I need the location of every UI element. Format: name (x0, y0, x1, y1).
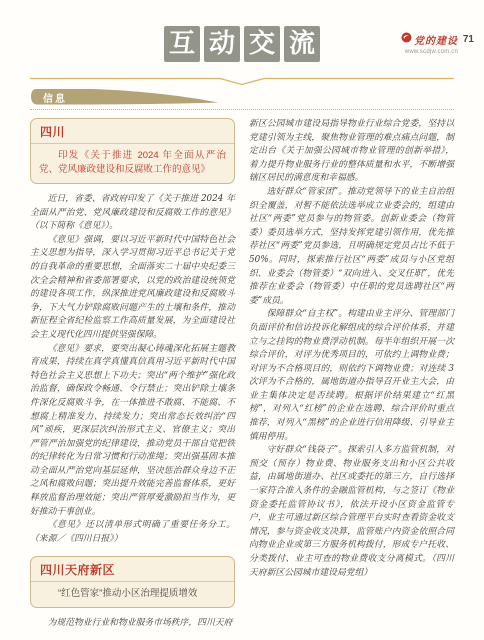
article-paragraph: 近日，省委、省政府印发了《关于推进 2024 年全面从严治党、党风廉政建设和反腐… (30, 193, 235, 234)
brand-url: www.scdjw.com.cn (401, 49, 458, 55)
section-headline: “红色管家”推动小区治理提质增效 (31, 582, 234, 607)
article-paragraph: 保障群众“自主权”。构建由业主评分、管理部门负面评价和信访投诉化解组成的综合评价… (249, 308, 454, 444)
tab-info: 信息 (30, 88, 220, 105)
header-divider (30, 76, 454, 86)
brand-name: 党的建设 (414, 32, 458, 47)
article-paragraph: 守好群众“钱袋子”。探索引入多方监管机制，对预交（预存）物业费、物业服务支出和小… (249, 444, 454, 580)
right-column: 新区公园城市建设局指导物业行业综合党委，坚持以党建引领为主线，聚焦物业管理的难点… (249, 118, 454, 631)
magazine-page: 互 动 交 流 党的建设 www.scdjw.com.cn 71 信息 (0, 0, 484, 640)
brand: 党的建设 www.scdjw.com.cn (401, 30, 458, 55)
dotted-divider (30, 109, 454, 110)
page-number: 71 (463, 34, 474, 45)
title-char-block: 动 (204, 26, 240, 62)
article-paragraph: 为规范物业行业和物业服务市场秩序，四川天府 (30, 617, 235, 631)
section-region-heading: 四川天府新区 (31, 557, 234, 582)
article-paragraph: 选好群众“管家团”。推动党领导下的业主自治组织全覆盖，对暂不能依法选举成立业委会… (249, 186, 454, 308)
tab-label: 信息 (43, 90, 67, 105)
article-paragraph: 《意见》强调，要以习近平新时代中国特色社会主义思想为指导，深入学习贯彻习近平总书… (30, 234, 235, 343)
article-paragraph: 《意见》要求，要突出凝心铸魂深化拓展主题教育成果，持续在真学真懂真信真用习近平新… (30, 343, 235, 520)
left-column: 四川 印发《关于推进 2024 年全面从严治党、党风廉政建设和反腐败工作的意见》… (30, 118, 235, 631)
section-region-heading: 四川 (31, 119, 234, 144)
article-paragraph: 《意见》还以清单形式明确了重要任务分工。（来源／《四川日报》） (30, 519, 235, 546)
article-columns: 四川 印发《关于推进 2024 年全面从严治党、党风廉政建设和反腐败工作的意见》… (30, 118, 454, 631)
section-headline: 印发《关于推进 2024 年全面从严治党、党风廉政建设和反腐败工作的意见》 (31, 144, 234, 183)
section-sichuan: 四川 印发《关于推进 2024 年全面从严治党、党风廉政建设和反腐败工作的意见》 (30, 118, 235, 184)
masthead: 互 动 交 流 党的建设 www.scdjw.com.cn 71 (0, 0, 484, 70)
tab-row: 信息 (30, 88, 454, 114)
title-char-block: 互 (164, 26, 200, 62)
article-paragraph-continuation: 新区公园城市建设局指导物业行业综合党委，坚持以党建引领为主线，聚焦物业管理的难点… (249, 118, 454, 186)
brand-emblem-icon (401, 30, 412, 48)
title-char-block: 交 (244, 26, 280, 62)
title-char-block: 流 (284, 26, 320, 62)
section-tianfu: 四川天府新区 “红色管家”推动小区治理提质增效 (30, 556, 235, 608)
